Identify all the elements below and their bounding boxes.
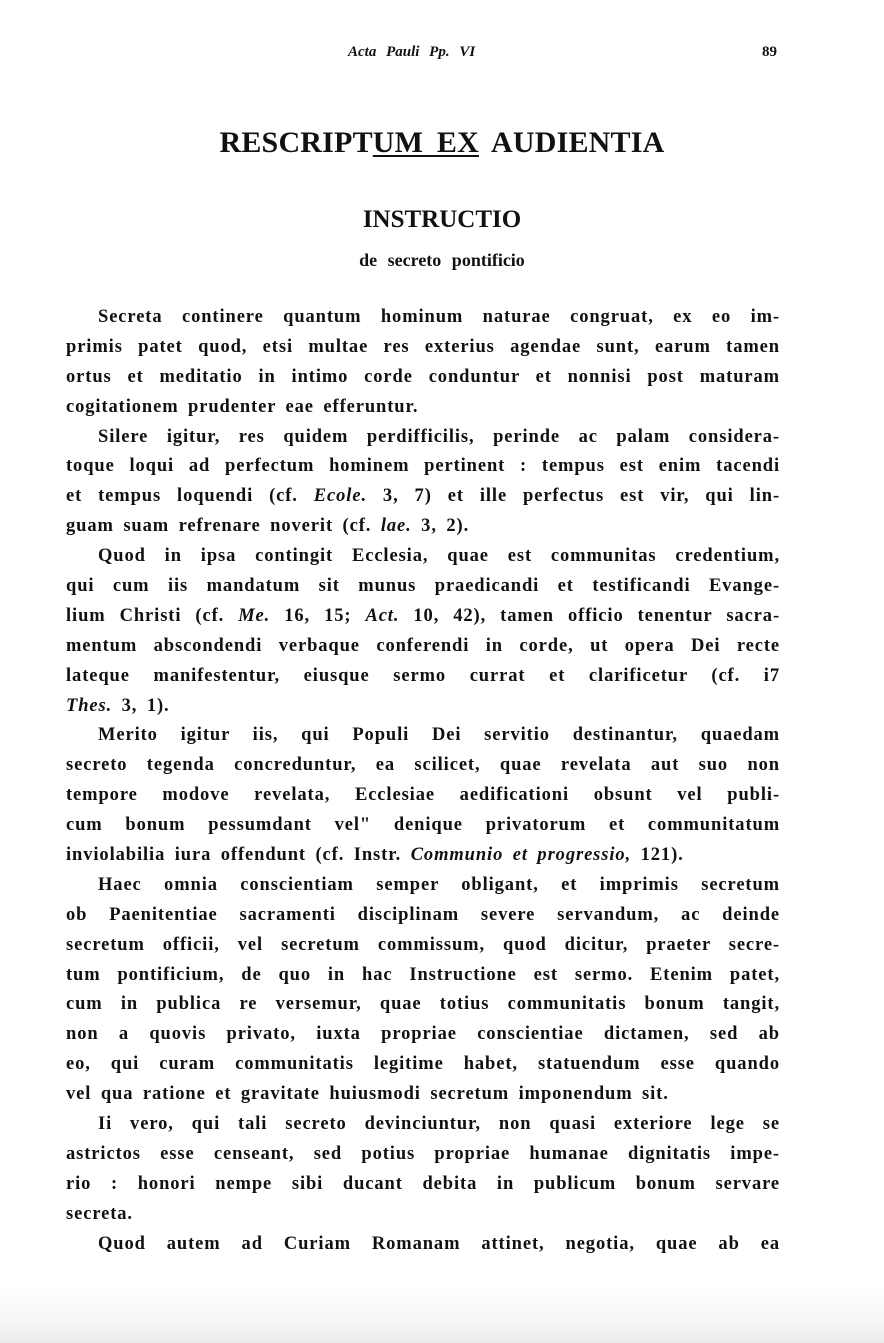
citation-italic: Communio et progressio,: [411, 845, 631, 865]
text-line: et tempus loquendi (cf. Ecole. 3, 7) et …: [66, 482, 780, 512]
text-line: primis patet quod, etsi multae res exter…: [66, 333, 780, 363]
text-segment: primis patet quod, etsi multae res exter…: [66, 337, 780, 357]
text-segment: cogitationem prudenter eae efferuntur.: [66, 397, 418, 417]
text-line: mentum abscondendi verbaque conferendi i…: [66, 632, 780, 662]
text-segment: rio : honori nempe sibi ducant debita in…: [66, 1174, 780, 1194]
text-line: qui cum iis mandatum sit munus praedican…: [66, 572, 780, 602]
paragraph: Quod autem ad Curiam Romanam attinet, ne…: [66, 1230, 780, 1260]
text-line: lium Christi (cf. Me. 16, 15; Act. 10, 4…: [66, 602, 780, 632]
main-title-part2: AUDIENTIA: [479, 126, 665, 159]
text-segment: tum pontificium, de quo in hac Instructi…: [66, 965, 780, 985]
text-line: secreto tegenda concreduntur, ea scilice…: [66, 751, 780, 781]
text-segment: eo, qui curam communitatis legitime habe…: [66, 1054, 780, 1074]
text-line: ortus et meditatio in intimo corde condu…: [66, 363, 780, 393]
main-title-part1: RESCRIPT: [219, 126, 372, 159]
text-segment: Merito igitur iis, qui Populi Dei servit…: [98, 725, 780, 745]
text-segment: lium Christi (cf.: [66, 606, 238, 626]
paragraph: Secreta continere quantum hominum natura…: [66, 303, 780, 423]
text-line: vel qua ratione et gravitate huiusmodi s…: [66, 1080, 780, 1110]
text-line: toque loqui ad perfectum hominem pertine…: [66, 452, 780, 482]
text-segment: tempore modove revelata, Ecclesiae aedif…: [66, 785, 780, 805]
text-segment: 3, 1).: [112, 696, 169, 716]
text-segment: secreto tegenda concreduntur, ea scilice…: [66, 755, 780, 775]
text-line: rio : honori nempe sibi ducant debita in…: [66, 1170, 780, 1200]
text-segment: Quod autem ad Curiam Romanam attinet, ne…: [98, 1234, 780, 1254]
text-line: ob Paenitentiae sacramenti disciplinam s…: [66, 901, 780, 931]
citation-italic: Ecole.: [314, 486, 367, 506]
page-number: 89: [762, 44, 777, 61]
text-segment: Silere igitur, res quidem perdifficilis,…: [98, 427, 780, 447]
text-segment: non a quovis privato, iuxta propriae con…: [66, 1024, 780, 1044]
text-line: secreta.: [66, 1200, 780, 1230]
text-line: Merito igitur iis, qui Populi Dei servit…: [66, 721, 780, 751]
text-segment: ob Paenitentiae sacramenti disciplinam s…: [66, 905, 780, 925]
body-text: Secreta continere quantum hominum natura…: [66, 303, 780, 1260]
text-segment: vel qua ratione et gravitate huiusmodi s…: [66, 1084, 669, 1104]
citation-italic: Act.: [365, 606, 399, 626]
text-line: cum bonum pessumdant vel" denique privat…: [66, 811, 780, 841]
main-title: RESCRIPTUM EX AUDIENTIA: [0, 126, 884, 160]
text-segment: secreta.: [66, 1204, 133, 1224]
text-segment: cum in publica re versemur, quae totius …: [66, 994, 780, 1014]
section-subtitle: de secreto pontificio: [0, 250, 884, 271]
text-segment: secretum officii, vel secretum commissum…: [66, 935, 780, 955]
text-segment: Ii vero, qui tali secreto devinciuntur, …: [98, 1114, 780, 1134]
text-segment: 3, 2).: [412, 516, 469, 536]
section-title: INSTRUCTIO: [0, 206, 884, 234]
paragraph: Quod in ipsa contingit Ecclesia, quae es…: [66, 542, 780, 721]
text-segment: ortus et meditatio in intimo corde condu…: [66, 367, 780, 387]
text-segment: 121).: [631, 845, 684, 865]
text-line: cum in publica re versemur, quae totius …: [66, 990, 780, 1020]
text-line: astrictos esse censeant, sed potius prop…: [66, 1140, 780, 1170]
text-segment: 3, 7) et ille perfectus est vir, qui lin…: [367, 486, 780, 506]
text-segment: lateque manifestentur, eiusque sermo cur…: [66, 666, 780, 686]
text-segment: cum bonum pessumdant vel" denique privat…: [66, 815, 780, 835]
text-line: secretum officii, vel secretum commissum…: [66, 931, 780, 961]
text-segment: Quod in ipsa contingit Ecclesia, quae es…: [98, 546, 780, 566]
text-segment: 16, 15;: [270, 606, 365, 626]
text-line: lateque manifestentur, eiusque sermo cur…: [66, 662, 780, 692]
paragraph: Haec omnia conscientiam semper obligant,…: [66, 871, 780, 1110]
text-segment: inviolabilia iura offendunt (cf. Instr.: [66, 845, 411, 865]
text-segment: 10, 42), tamen officio tenentur sacra-: [399, 606, 780, 626]
paragraph: Merito igitur iis, qui Populi Dei servit…: [66, 721, 780, 870]
text-line: cogitationem prudenter eae efferuntur.: [66, 393, 780, 423]
text-line: Quod autem ad Curiam Romanam attinet, ne…: [66, 1230, 780, 1260]
text-line: non a quovis privato, iuxta propriae con…: [66, 1020, 780, 1050]
citation-italic: lae.: [381, 516, 412, 536]
text-segment: mentum abscondendi verbaque conferendi i…: [66, 636, 780, 656]
text-segment: qui cum iis mandatum sit munus praedican…: [66, 576, 780, 596]
text-line: Ii vero, qui tali secreto devinciuntur, …: [66, 1110, 780, 1140]
text-line: Haec omnia conscientiam semper obligant,…: [66, 871, 780, 901]
text-segment: toque loqui ad perfectum hominem pertine…: [66, 456, 780, 476]
citation-italic: Thes.: [66, 696, 112, 716]
text-segment: Haec omnia conscientiam semper obligant,…: [98, 875, 780, 895]
text-line: inviolabilia iura offendunt (cf. Instr. …: [66, 841, 780, 871]
citation-italic: Me.: [238, 606, 270, 626]
paragraph: Ii vero, qui tali secreto devinciuntur, …: [66, 1110, 780, 1230]
text-line: eo, qui curam communitatis legitime habe…: [66, 1050, 780, 1080]
running-header: Acta Pauli Pp. VI 89: [0, 44, 884, 66]
text-line: Silere igitur, res quidem perdifficilis,…: [66, 423, 780, 453]
paragraph: Silere igitur, res quidem perdifficilis,…: [66, 423, 780, 543]
text-line: Secreta continere quantum hominum natura…: [66, 303, 780, 333]
main-title-underlined: UM EX: [373, 126, 479, 159]
text-segment: astrictos esse censeant, sed potius prop…: [66, 1144, 780, 1164]
text-line: Thes. 3, 1).: [66, 692, 780, 722]
text-line: Quod in ipsa contingit Ecclesia, quae es…: [66, 542, 780, 572]
text-line: tum pontificium, de quo in hac Instructi…: [66, 961, 780, 991]
text-segment: guam suam refrenare noverit (cf.: [66, 516, 381, 536]
text-line: tempore modove revelata, Ecclesiae aedif…: [66, 781, 780, 811]
text-segment: Secreta continere quantum hominum natura…: [98, 307, 780, 327]
text-segment: et tempus loquendi (cf.: [66, 486, 314, 506]
running-title: Acta Pauli Pp. VI: [348, 44, 475, 61]
text-line: guam suam refrenare noverit (cf. lae. 3,…: [66, 512, 780, 542]
